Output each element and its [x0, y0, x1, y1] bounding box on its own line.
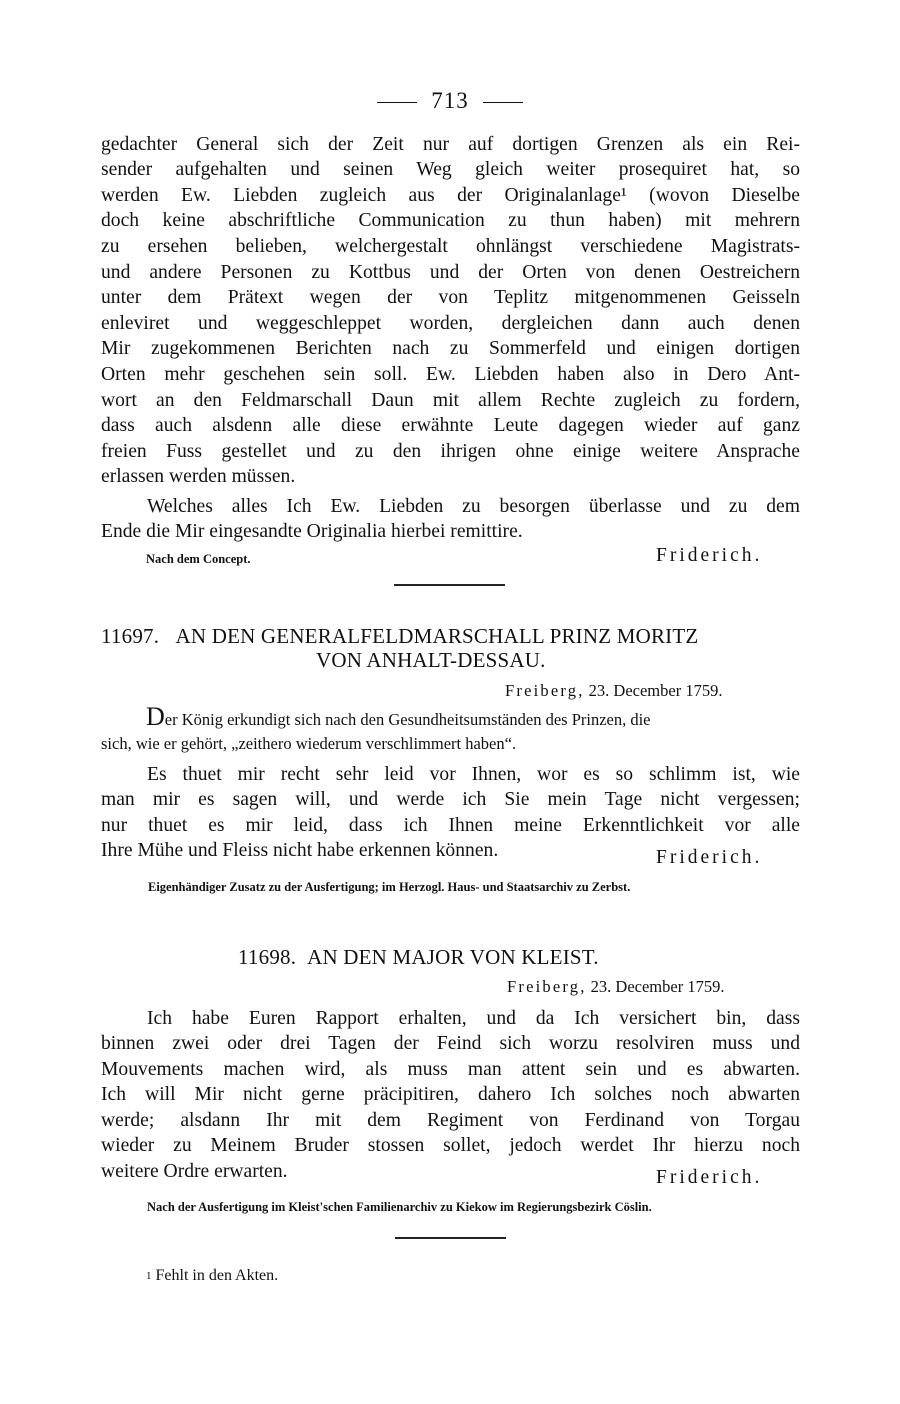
text-line: Ich habe Euren Rapport erhalten, und da …: [101, 1006, 800, 1032]
text-line: Ich will Mir nicht gerne präcipitiren, d…: [101, 1082, 800, 1108]
source-note: Nach der Ausfertigung im Kleist'schen Fa…: [147, 1200, 652, 1215]
date: 23. December 1759.: [591, 977, 725, 996]
text-line: Orten mehr geschehen sein soll. Ew. Lieb…: [101, 362, 800, 388]
section-divider: [394, 584, 505, 586]
letter-heading: 11698. AN DEN MAJOR VON KLEIST.: [238, 945, 599, 970]
text-line: nur thuet es mir leid, dass ich Ihnen me…: [101, 813, 800, 839]
text-line: enleviret und weggeschleppet worden, der…: [101, 311, 800, 337]
source-note: Eigenhändiger Zusatz zu der Ausfertigung…: [148, 880, 630, 895]
dropcap: D: [146, 702, 165, 731]
text-line: und andere Personen zu Kottbus und der O…: [101, 260, 800, 286]
text-line: wieder zu Meinem Bruder stossen sollet, …: [101, 1133, 800, 1159]
letter-recipient: AN DEN GENERALFELDMARSCHALL PRINZ MORITZ: [176, 624, 699, 648]
text-line: wort an den Feldmarschall Daun mit allem…: [101, 388, 800, 414]
date: 23. December 1759.: [589, 681, 723, 700]
place: Freiberg,: [507, 977, 587, 996]
signature: Friderich.: [656, 847, 762, 869]
summary-line: Der König erkundigt sich nach den Gesund…: [146, 706, 651, 731]
text-line: sender aufgehalten und seinen Weg gleich…: [101, 157, 800, 183]
text-line: man mir es sagen will, und werde ich Sie…: [101, 787, 800, 813]
letter-number: 11697.: [101, 624, 159, 648]
text-line: Mouvements machen wird, als muss man att…: [101, 1057, 800, 1083]
text-line: erlassen werden müssen.: [101, 464, 800, 490]
text-line: gedachter General sich der Zeit nur auf …: [101, 132, 800, 158]
source-note: Nach dem Concept.: [146, 552, 251, 567]
text-line: Es thuet mir recht sehr leid vor Ihnen, …: [101, 762, 800, 788]
text-line: Welches alles Ich Ew. Liebden zu besorge…: [101, 494, 800, 520]
text-line: werden Ew. Liebden zugleich aus der Orig…: [101, 183, 800, 209]
page-number: 713: [0, 88, 900, 114]
text-line: Ende die Mir eingesandte Originalia hier…: [101, 519, 800, 545]
footnote-marker: 1: [146, 1270, 152, 1282]
footnote: 1 Fehlt in den Akten.: [146, 1267, 278, 1285]
dateline: Freiberg, 23. December 1759.: [505, 681, 722, 701]
dateline: Freiberg, 23. December 1759.: [507, 977, 724, 997]
letter-recipient: AN DEN MAJOR VON KLEIST.: [307, 945, 599, 969]
text-line: unter dem Prätext wegen der von Teplitz …: [101, 285, 800, 311]
text-line: werde; alsdann Ihr mit dem Regiment von …: [101, 1108, 800, 1134]
text-line: freien Fuss gestellet und zu den ihrigen…: [101, 439, 800, 465]
footnote-divider: [395, 1237, 506, 1239]
letter-heading-line2: VON ANHALT-DESSAU.: [316, 648, 546, 673]
summary-line: sich, wie er gehört, „zeithero wiederum …: [101, 733, 516, 755]
letter-number: 11698.: [238, 945, 296, 969]
text-line: doch keine abschriftliche Communication …: [101, 208, 800, 234]
text-line: binnen zwei oder drei Tagen der Feind si…: [101, 1031, 800, 1057]
page-number-dash-left: [377, 102, 417, 104]
text-line: dass auch alsdenn alle diese erwähnte Le…: [101, 413, 800, 439]
text-line: Mir zugekommenen Berichten nach zu Somme…: [101, 336, 800, 362]
text-line: zu ersehen belieben, welchergestalt ohnl…: [101, 234, 800, 260]
place: Freiberg,: [505, 681, 585, 700]
letter-heading: 11697. AN DEN GENERALFELDMARSCHALL PRINZ…: [101, 624, 698, 649]
signature: Friderich.: [656, 1167, 762, 1189]
signature: Friderich.: [656, 545, 762, 567]
footnote-text: Fehlt in den Akten.: [156, 1267, 279, 1284]
page-number-dash-right: [483, 102, 523, 104]
